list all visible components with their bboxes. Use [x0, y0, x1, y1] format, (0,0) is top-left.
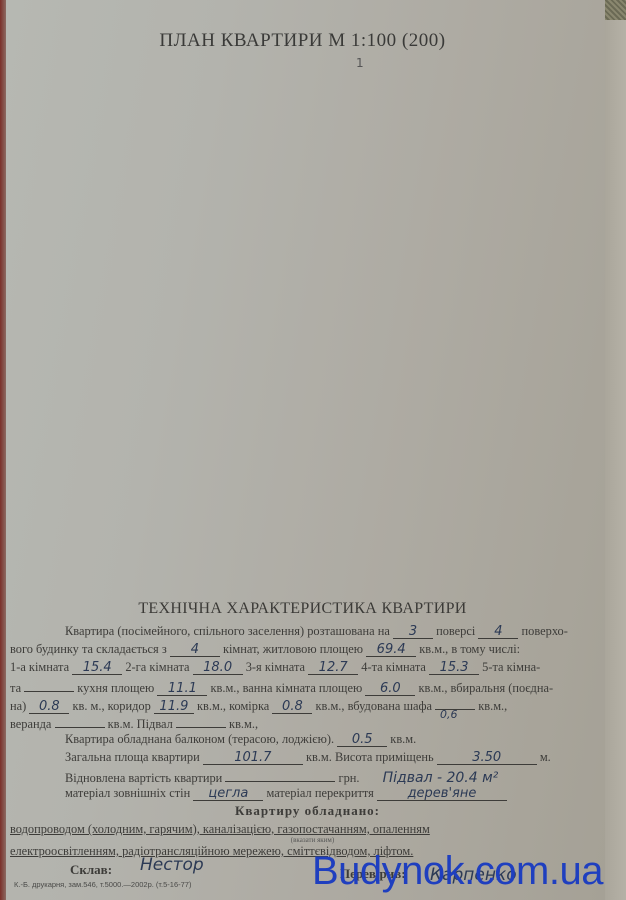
label: матеріал перекриття	[266, 786, 373, 800]
equipped-note: (вказати яким)	[10, 831, 615, 849]
line-corridor: на) 0.8 кв. м., коридор 11.9 кв.м., комі…	[10, 694, 605, 712]
label: м.	[540, 750, 551, 764]
label: вого будинку та складається з	[10, 642, 167, 656]
label: кв.м. Підвал	[108, 717, 173, 731]
label: Квартира (посімейного, спільного заселен…	[65, 624, 390, 638]
field-floor: 3	[393, 623, 433, 639]
label: кв.м., комірка	[197, 699, 269, 713]
label: веранда	[10, 717, 51, 731]
line-total-area: Загальна площа квартири 101.7 кв.м. Висо…	[10, 748, 605, 766]
label: кухня площею	[77, 681, 154, 695]
field-total-area: 101.7	[203, 749, 303, 765]
label: поверхо-	[522, 624, 568, 638]
label: Загальна площа квартири	[65, 750, 200, 764]
label: кв. м., коридор	[72, 699, 150, 713]
line-materials: матеріал зовнішніх стін цегла матеріал п…	[10, 784, 605, 802]
section-title: ТЕХНІЧНА ХАРАКТЕРИСТИКА КВАРТИРИ	[0, 600, 605, 618]
page-title: ПЛАН КВАРТИРИ М 1:100 (200)	[0, 30, 605, 52]
field-balcony: 0.5	[337, 731, 387, 747]
label: грн.	[339, 771, 360, 785]
label: поверсі	[436, 624, 475, 638]
field-restored-value	[225, 766, 335, 782]
label: кімнат, житловою площею	[223, 642, 363, 656]
document-sheet: ПЛАН КВАРТИРИ М 1:100 (200) 1 ТЕХНІЧНА Х…	[0, 0, 605, 900]
label: матеріал зовнішніх стін	[65, 786, 190, 800]
line-balcony: Квартира обладнана балконом (терасою, ло…	[10, 730, 605, 748]
compiled-signature: Нестор	[140, 855, 204, 875]
label: кв.м., вбиральня (поєдна-	[418, 681, 553, 695]
line-kitchen-bath: та кухня площею 11.1 кв.м., ванна кімнат…	[10, 676, 605, 694]
line-restored-value: Відновлена вартість квартири грн. Підвал…	[10, 766, 605, 784]
line-veranda: веранда кв.м. Підвал кв.м., 0,6	[10, 712, 605, 730]
label: Відновлена вартість квартири	[65, 771, 222, 785]
label: 1-а кімната	[10, 660, 69, 674]
compiled-label: Склав:	[70, 862, 112, 878]
label: кв.м.,	[229, 717, 258, 731]
handwritten-mark: 1	[356, 56, 364, 70]
field-room-count: 4	[170, 641, 220, 657]
label: кв.м.,	[478, 699, 507, 713]
label: 4-та кімната	[361, 660, 426, 674]
label: 5-та кімна-	[482, 660, 540, 674]
field-room3: 12.7	[308, 659, 358, 675]
printer-imprint: К.-Б. друкарня, зам.546, т.5000.—2002р. …	[14, 880, 191, 889]
line-rooms: вого будинку та складається з 4 кімнат, …	[10, 640, 605, 658]
equipped-title: Квартиру обладнано:	[10, 802, 605, 820]
technical-characteristics: Квартира (посімейного, спільного заселен…	[10, 622, 605, 860]
watermark: Budynok.com.ua	[312, 849, 603, 894]
label: кв.м., в тому числі:	[419, 642, 520, 656]
label: на)	[10, 699, 26, 713]
field-room2: 18.0	[193, 659, 243, 675]
field-room4: 15.3	[429, 659, 479, 675]
label: кв.м.	[390, 732, 416, 746]
line-room-areas: 1-а кімната 15.4 2-га кімната 18.0 3-я к…	[10, 658, 605, 676]
line-location: Квартира (посімейного, спільного заселен…	[10, 622, 605, 640]
handwritten-note-0-6: 0,6	[440, 706, 458, 724]
label: кв.м. Висота приміщень	[306, 750, 434, 764]
label: кв.м., вбудована шафа	[316, 699, 433, 713]
field-veranda	[55, 712, 105, 728]
label: та	[10, 681, 21, 695]
field-wall-material: цегла	[193, 785, 263, 801]
field-room5	[24, 676, 74, 692]
field-living-area: 69.4	[366, 641, 416, 657]
label: кв.м., ванна кімната площею	[211, 681, 363, 695]
label: 2-га кімната	[125, 660, 189, 674]
label: 3-я кімната	[246, 660, 305, 674]
field-floors-total: 4	[478, 623, 518, 639]
label: Квартира обладнана балконом (терасою, ло…	[65, 732, 334, 746]
field-ceiling-material: дерев'яне	[377, 785, 507, 801]
field-height: 3.50	[437, 749, 537, 765]
field-basement	[176, 712, 226, 728]
field-room1: 15.4	[72, 659, 122, 675]
